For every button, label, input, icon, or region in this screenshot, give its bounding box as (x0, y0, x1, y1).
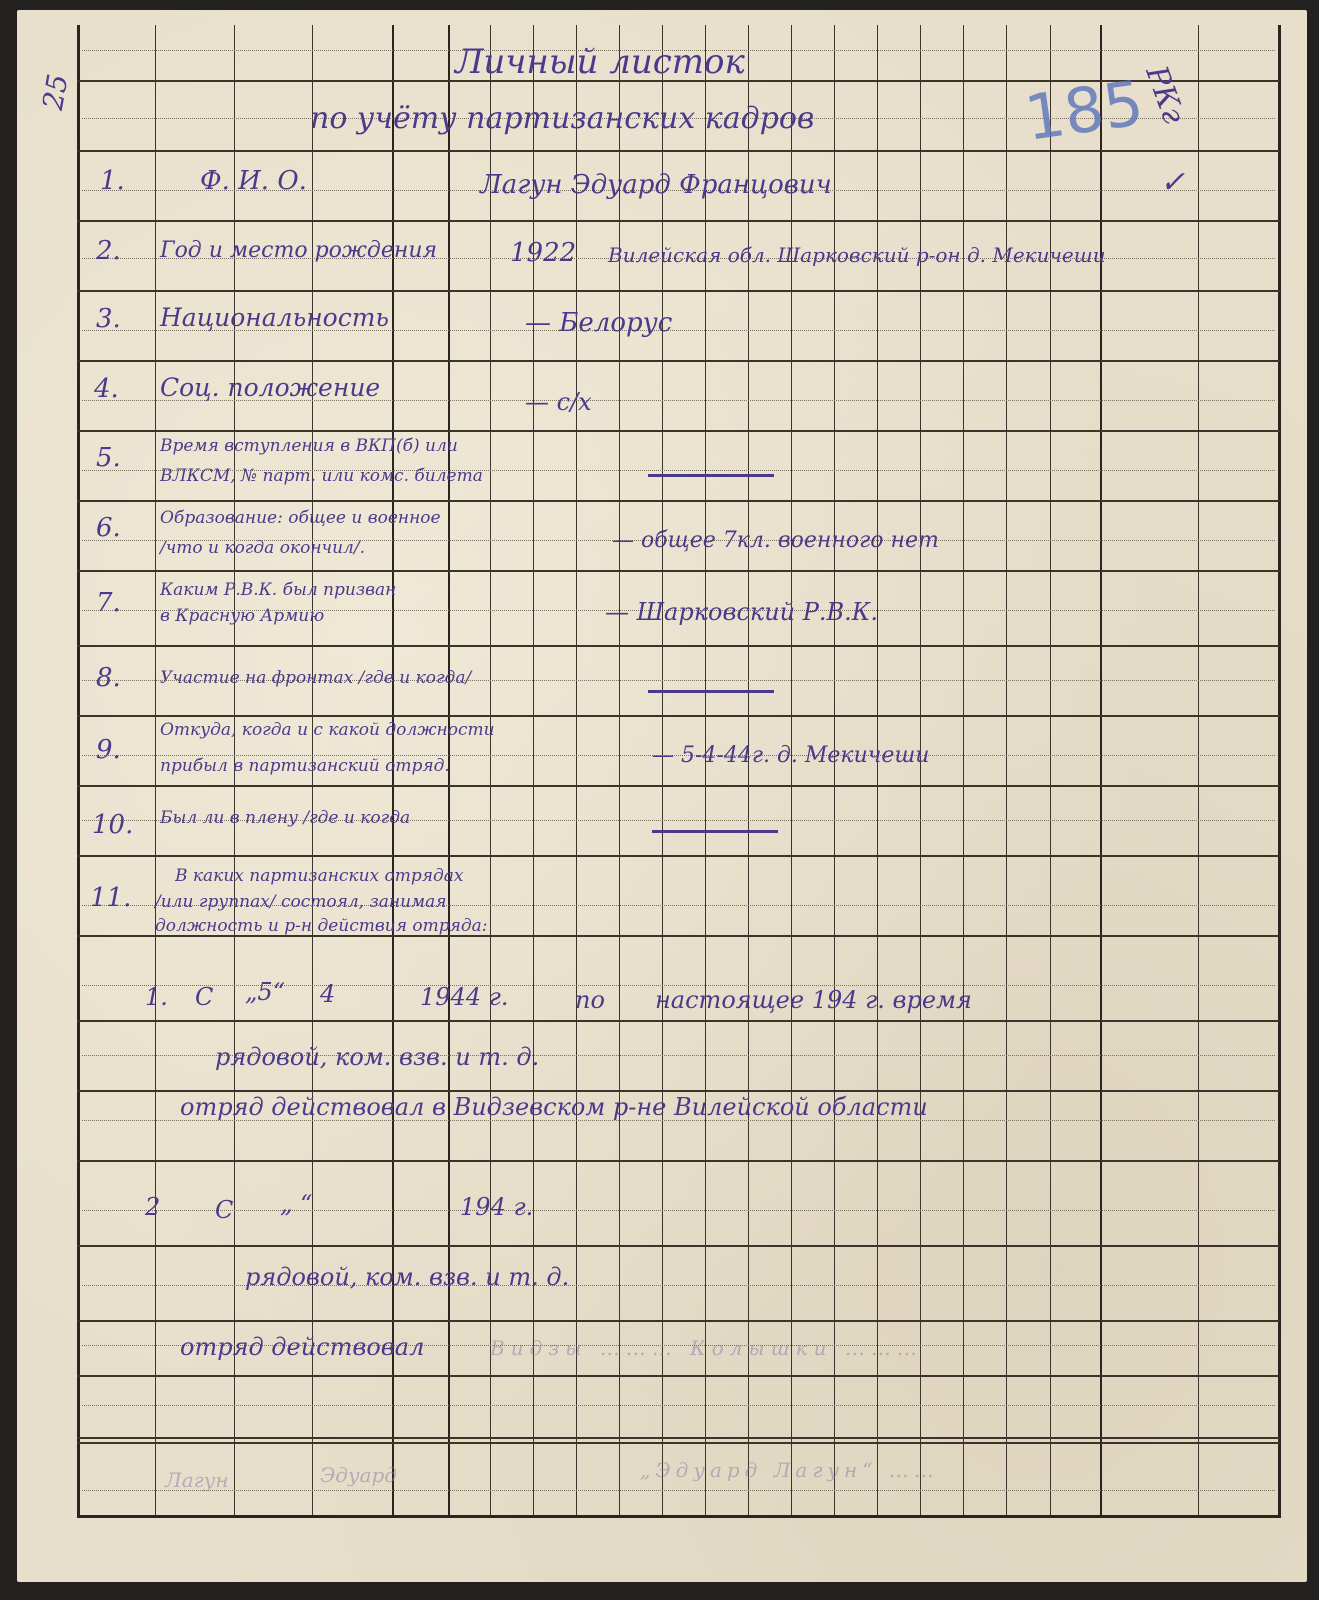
unit-2-number: 2 (145, 1195, 160, 1219)
field-5-empty-dash (648, 474, 774, 477)
field-11-label-line1: В каких партизанских отрядах (175, 868, 464, 885)
unit-1-year: 1944 г. (420, 985, 508, 1009)
archive-number: 185 (1021, 72, 1147, 150)
field-4-label: Соц. положение (160, 375, 380, 400)
unit-1-to-value: настоящее 194 г. время (655, 988, 972, 1012)
field-11-label-line3: должность и р-н действия отряда: (155, 918, 488, 935)
unit-1-number: 1. (145, 985, 168, 1009)
field-1-number: 1. (100, 168, 125, 194)
unit-1-area: отряд действовал в Видзевском р-не Вилей… (180, 1095, 928, 1119)
field-4-number: 4. (94, 376, 119, 402)
field-9-label-line1: Откуда, когда и с какой должности (160, 722, 495, 739)
field-6-number: 6. (96, 515, 121, 541)
page-number: 25 (39, 72, 73, 112)
field-7-label-line1: Каким Р.В.К. был призван (160, 582, 396, 599)
field-10-number: 10. (92, 812, 133, 838)
unit-2-day: „ “ (280, 1192, 312, 1216)
document-title: Личный листок (455, 45, 745, 79)
unit-2-year: 194 г. (460, 1195, 533, 1219)
unit-2-area-label: отряд действовал (180, 1335, 424, 1359)
field-10-label: Был ли в плену /где и когда (160, 810, 410, 827)
unit-1-to-label: по (575, 988, 605, 1012)
field-8-empty-dash (648, 690, 774, 693)
field-8-label: Участие на фронтах /где и когда/ (160, 670, 471, 687)
field-1-label: Ф. И. О. (200, 168, 307, 194)
field-5-number: 5. (96, 445, 121, 471)
field-2-label: Год и место рождения (160, 240, 437, 262)
check-mark-icon: ✓ (1160, 168, 1185, 198)
field-6-label-line2: /что и когда окончил/. (160, 540, 365, 557)
field-7-number: 7. (96, 590, 121, 616)
field-1-value: Лагун Эдуард Францович (480, 172, 832, 198)
document-subtitle: по учёту партизанских кадров (310, 104, 814, 134)
field-2-number: 2. (96, 238, 121, 264)
field-2-value: Вилейская обл. Шарковский р-он д. Мекиче… (608, 245, 1106, 265)
field-11-number: 11. (90, 885, 131, 911)
field-4-value: — с/х (525, 390, 592, 414)
field-3-label: Национальность (160, 305, 389, 330)
field-2-year: 1922 (510, 240, 576, 266)
unit-1-position: рядовой, ком. взв. и т. д. (215, 1045, 539, 1069)
unit-2-from-prefix: С (215, 1198, 233, 1222)
unit-1-month: 4 (320, 982, 335, 1006)
field-6-value: — общее 7кл. военного нет (612, 530, 939, 552)
field-5-label-line1: Время вступления в ВКП(б) или (160, 438, 458, 455)
field-5-label-line2: ВЛКСМ, № парт. или комс. билета (160, 468, 483, 485)
field-10-empty-dash (652, 830, 778, 833)
unit-1-from-prefix: С (195, 985, 213, 1009)
field-8-number: 8. (96, 665, 121, 691)
field-9-number: 9. (96, 737, 121, 763)
field-11-label-line2: /или группах/ состоял, занимая (155, 894, 447, 911)
field-3-number: 3. (96, 306, 121, 332)
field-9-value: — 5-4-44г. д. Мекичеши (652, 745, 929, 767)
bottom-faded-right: „Эдуард Лагун“ …… (640, 1460, 939, 1480)
unit-1-day: „5“ (245, 980, 285, 1004)
field-6-label-line1: Образование: общее и военное (160, 510, 441, 527)
bottom-faded-left-2: Эдуард (320, 1465, 397, 1485)
field-9-label-line2: прибыл в партизанский отряд. (160, 758, 450, 775)
unit-2-position: рядовой, ком. взв. и т. д. (245, 1265, 569, 1289)
field-7-label-line2: в Красную Армию (160, 608, 324, 625)
bottom-faded-left-1: Лагун (165, 1470, 229, 1490)
field-3-value: — Белорус (525, 310, 672, 336)
field-7-value: — Шарковский Р.В.К. (605, 600, 878, 624)
unit-2-area-faded: Видзы ……… Колышки ……… (490, 1338, 923, 1358)
